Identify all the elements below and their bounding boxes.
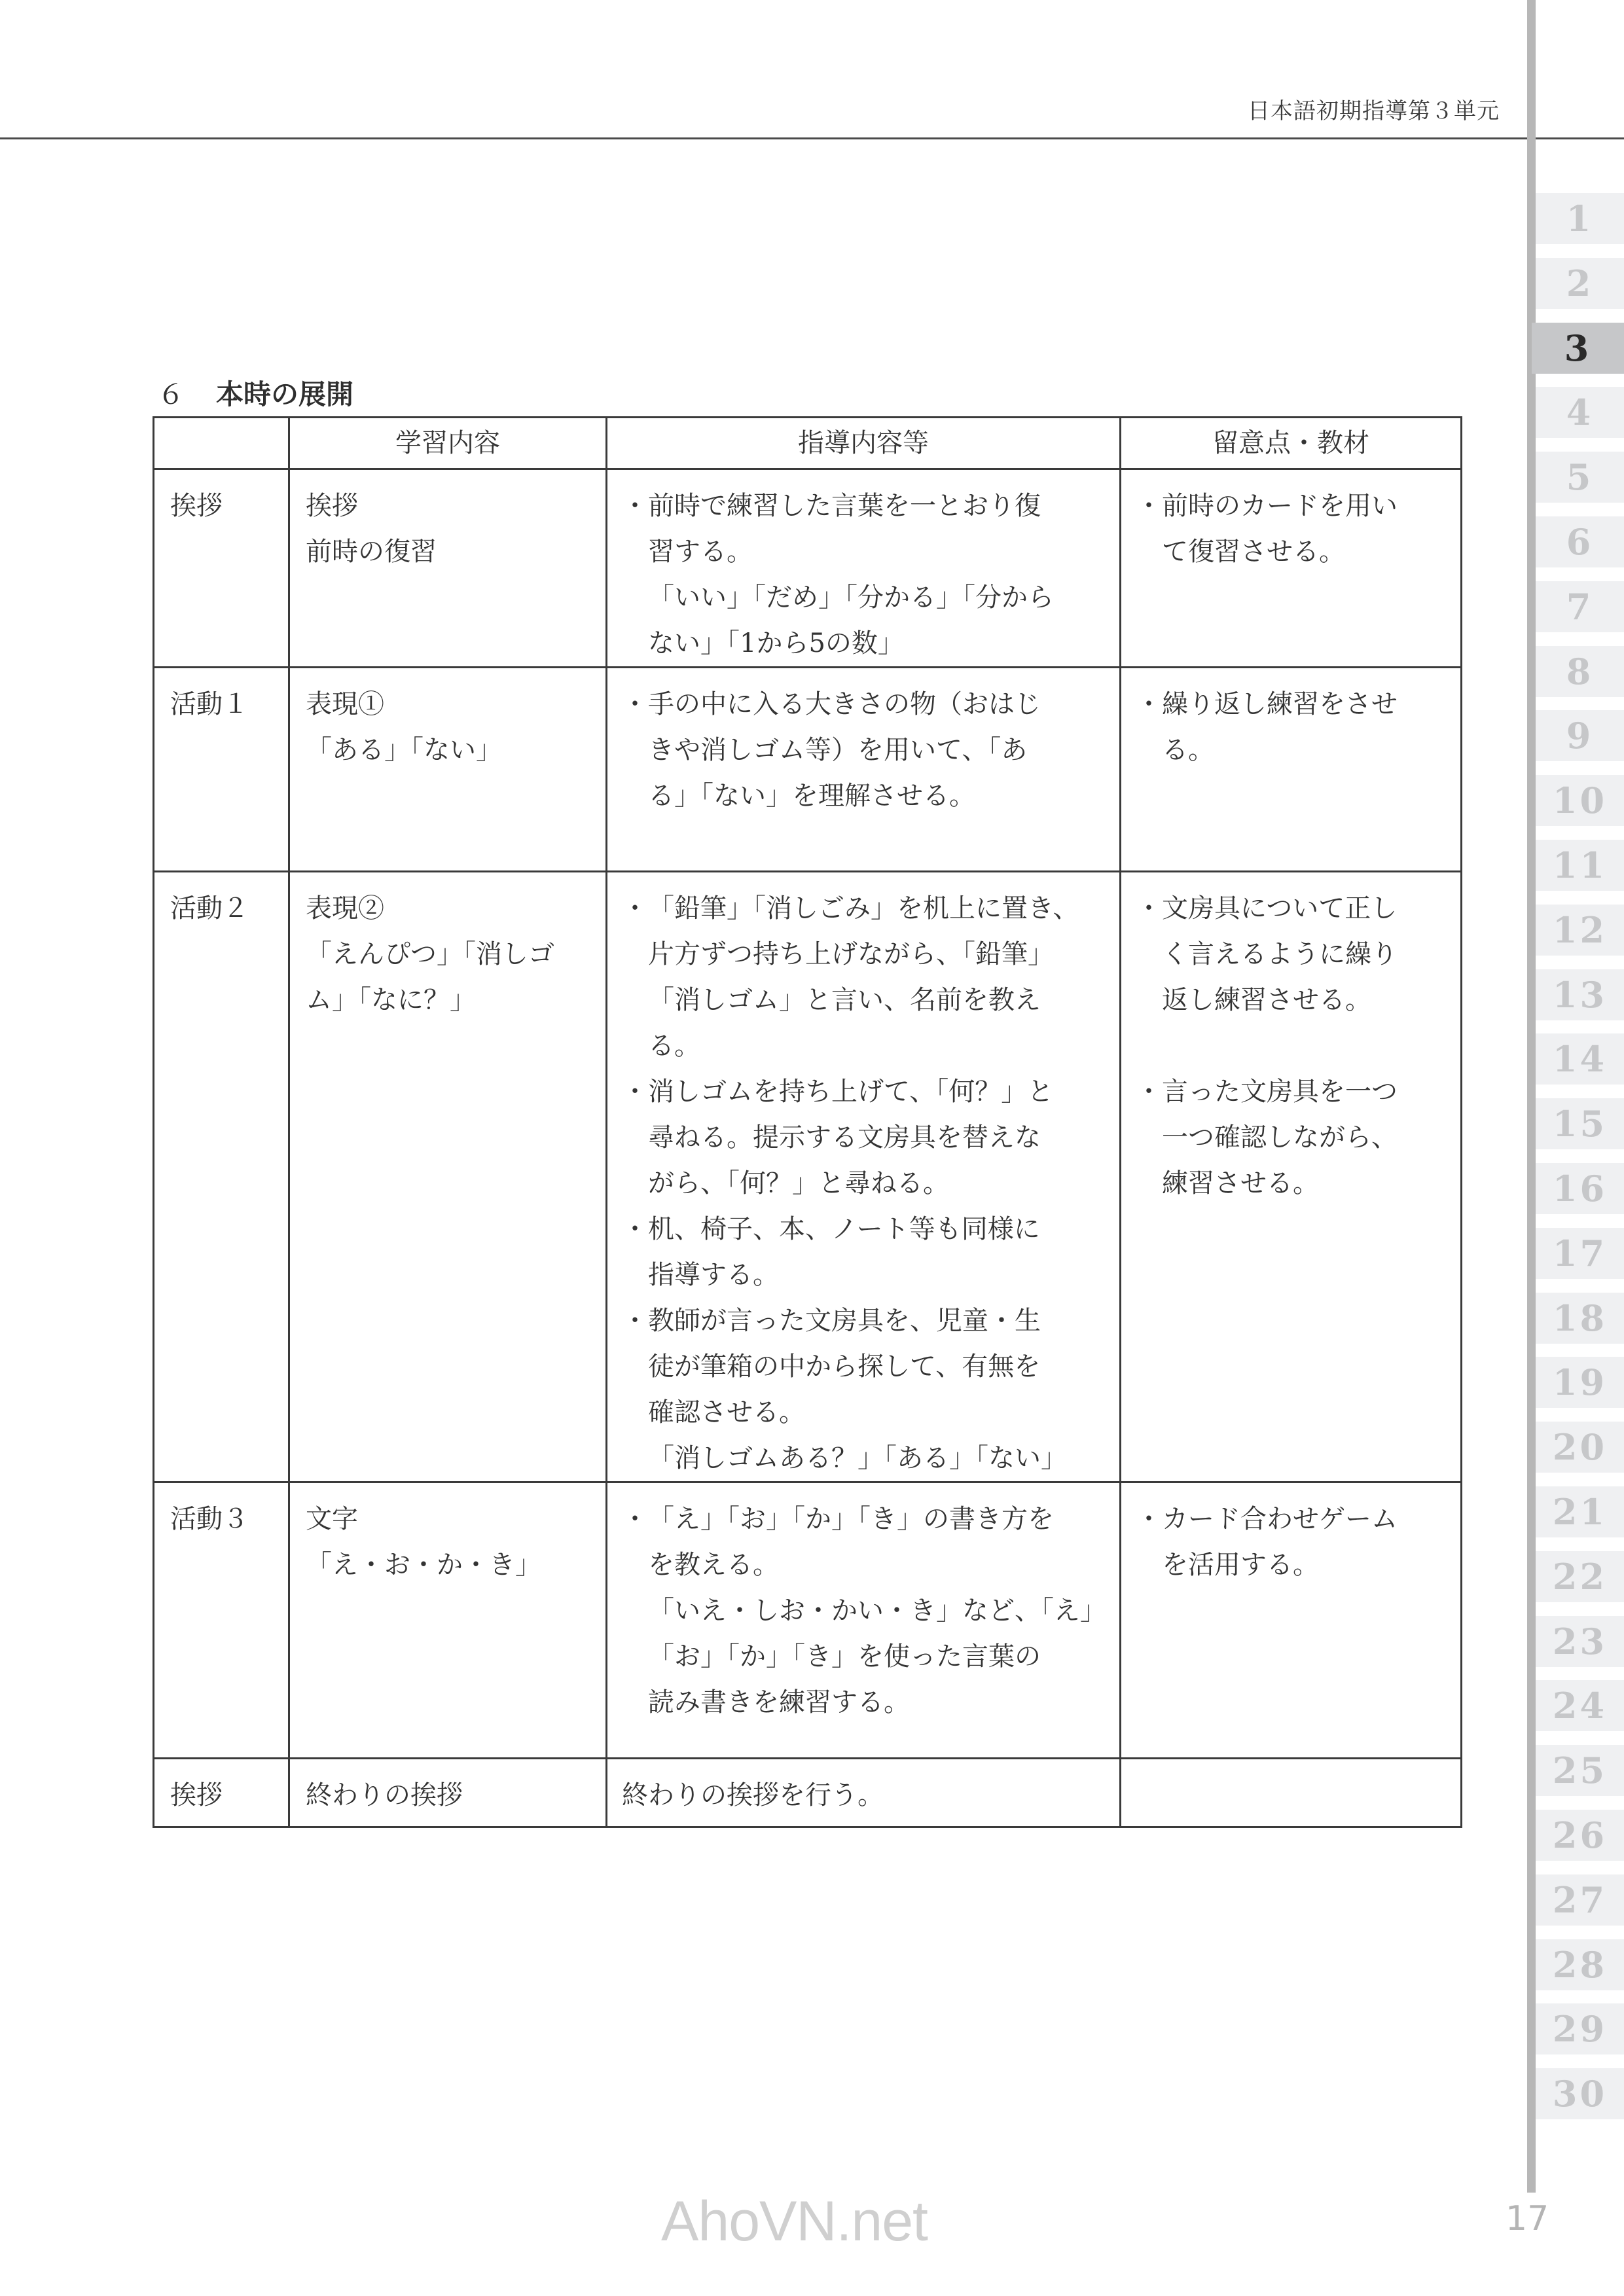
guidance-text: きや消しゴム等）を用いて、「あ bbox=[622, 727, 1108, 773]
notes-cell: ・文房具について正しく言えるように繰り返し練習させる。・言った文房具を一つ一つ確… bbox=[1121, 872, 1462, 1482]
thumb-tab-23: 23 bbox=[1536, 1616, 1624, 1667]
guidance-cell: ・手の中に入る大きさの物（おはじきや消しゴム等）を用いて、「ある」「ない」を理解… bbox=[607, 668, 1121, 872]
guidance-text: る」「ない」を理解させる。 bbox=[622, 773, 1108, 819]
guidance-text: 徒が筆箱の中から探して、有無を bbox=[622, 1344, 1108, 1390]
guidance-cell: 終わりの挨拶を行う。 bbox=[607, 1759, 1121, 1827]
bullet-icon: ・ bbox=[622, 1069, 648, 1115]
thumb-tab-27: 27 bbox=[1536, 1874, 1624, 1926]
column-header-learning-content: 学習内容 bbox=[289, 418, 607, 469]
thumb-tab-18: 18 bbox=[1536, 1293, 1624, 1344]
notes-text: カード合わせゲーム bbox=[1162, 1504, 1398, 1534]
guidance-text: 片方ずつ持ち上げながら、「鉛筆」 bbox=[622, 931, 1108, 977]
guidance-text: 机、椅子、本、ノート等も同様に bbox=[648, 1214, 1040, 1244]
guidance-text: 「いい」「だめ」「分かる」「分から bbox=[622, 575, 1108, 620]
guidance-text: がら、「何？」と尋ねる。 bbox=[622, 1160, 1108, 1206]
thumb-tab-5: 5 bbox=[1536, 452, 1624, 503]
guidance-text: 習する。 bbox=[622, 529, 1108, 575]
guidance-text: る。 bbox=[622, 1023, 1108, 1069]
notes-bullet-line: ・繰り返し練習をさせ bbox=[1136, 681, 1449, 727]
guidance-text: 前時で練習した言葉を一とおり復 bbox=[648, 491, 1041, 521]
notes-text: 一つ確認しながら、 bbox=[1136, 1115, 1449, 1160]
guidance-cell: ・「え」「お」「か」「き」の書き方をを教える。「いえ・しお・かい・き」など、「え… bbox=[607, 1482, 1121, 1759]
guidance-text: 「消しゴムある？」「ある」「ない」 bbox=[622, 1435, 1108, 1481]
guidance-bullet-line: ・前時で練習した言葉を一とおり復 bbox=[622, 483, 1108, 529]
guidance-bullet-line: ・「え」「お」「か」「き」の書き方を bbox=[622, 1496, 1108, 1542]
header-rule bbox=[0, 137, 1624, 139]
guidance-text: 「お」「か」「き」を使った言葉の bbox=[622, 1634, 1108, 1679]
guidance-cell: ・「鉛筆」「消しごみ」を机上に置き、片方ずつ持ち上げながら、「鉛筆」「消しゴム」… bbox=[607, 872, 1121, 1482]
notes-bullet-line: ・言った文房具を一つ bbox=[1136, 1069, 1449, 1115]
table-row: 活動１表現①「ある」「ない」・手の中に入る大きさの物（おはじきや消しゴム等）を用… bbox=[154, 668, 1462, 872]
table-header-row: 学習内容 指導内容等 留意点・教材 bbox=[154, 418, 1462, 469]
lesson-plan-table: 学習内容 指導内容等 留意点・教材 挨拶挨拶前時の復習・前時で練習した言葉を一と… bbox=[153, 416, 1462, 1828]
learning-content-line: 「えんぴつ」「消しゴ bbox=[306, 931, 605, 977]
bullet-icon: ・ bbox=[1136, 886, 1162, 931]
bullet-icon: ・ bbox=[1136, 681, 1162, 727]
notes-text: を活用する。 bbox=[1136, 1542, 1449, 1588]
guidance-text: 「鉛筆」「消しごみ」を机上に置き、 bbox=[648, 893, 1079, 924]
notes-cell: ・カード合わせゲームを活用する。 bbox=[1121, 1482, 1462, 1759]
learning-content-cell: 文字「え・お・か・き」 bbox=[289, 1482, 607, 1759]
section-title: 本時の展開 bbox=[216, 378, 353, 410]
watermark: AhoVN.net bbox=[661, 2189, 928, 2254]
thumb-tab-15: 15 bbox=[1536, 1098, 1624, 1149]
stage-label: 挨拶 bbox=[170, 483, 288, 529]
thumb-tab-6: 6 bbox=[1536, 516, 1624, 567]
thumb-tab-4: 4 bbox=[1536, 387, 1624, 438]
learning-content-line: 挨拶 bbox=[306, 483, 605, 529]
guidance-text: 「消しゴム」と言い、名前を教え bbox=[622, 977, 1108, 1023]
table-row: 挨拶終わりの挨拶終わりの挨拶を行う。 bbox=[154, 1759, 1462, 1827]
bullet-icon: ・ bbox=[622, 1206, 648, 1252]
thumb-tab-20: 20 bbox=[1536, 1422, 1624, 1473]
thumb-tab-22: 22 bbox=[1536, 1551, 1624, 1602]
learning-content-cell: 表現②「えんぴつ」「消しゴム」「なに？」 bbox=[289, 872, 607, 1482]
bullet-icon: ・ bbox=[1136, 1069, 1162, 1115]
thumb-tab-14: 14 bbox=[1536, 1033, 1624, 1085]
running-header-title: 日本語初期指導第３単元 bbox=[1248, 93, 1500, 125]
learning-content-line: 表現② bbox=[306, 886, 605, 931]
stage-cell: 挨拶 bbox=[154, 469, 289, 668]
thumb-tab-3: 3 bbox=[1532, 323, 1624, 374]
thumb-tab-12: 12 bbox=[1536, 905, 1624, 956]
section-heading: ６本時の展開 bbox=[157, 373, 353, 412]
notes-text: 文房具について正し bbox=[1162, 893, 1397, 924]
notes-cell bbox=[1121, 1759, 1462, 1827]
notes-bullet-line: ・前時のカードを用い bbox=[1136, 483, 1449, 529]
notes-cell: ・前時のカードを用いて復習させる。 bbox=[1121, 469, 1462, 668]
guidance-text: 指導する。 bbox=[622, 1252, 1108, 1298]
bullet-icon: ・ bbox=[622, 1298, 648, 1344]
guidance-cell: ・前時で練習した言葉を一とおり復習する。「いい」「だめ」「分かる」「分からない」… bbox=[607, 469, 1121, 668]
guidance-text: ない」「1から5の数」 bbox=[622, 620, 1108, 666]
bullet-icon: ・ bbox=[622, 681, 648, 727]
bullet-icon: ・ bbox=[622, 886, 648, 931]
table-row: 活動２表現②「えんぴつ」「消しゴム」「なに？」・「鉛筆」「消しごみ」を机上に置き… bbox=[154, 872, 1462, 1482]
thumb-tab-19: 19 bbox=[1536, 1357, 1624, 1408]
guidance-bullet-line: ・机、椅子、本、ノート等も同様に bbox=[622, 1206, 1108, 1252]
notes-cell: ・繰り返し練習をさせる。 bbox=[1121, 668, 1462, 872]
notes-text: 前時のカードを用い bbox=[1162, 491, 1398, 521]
stage-label: 挨拶 bbox=[170, 1772, 288, 1818]
guidance-text: 「え」「お」「か」「き」の書き方を bbox=[648, 1504, 1054, 1534]
thumb-tab-8: 8 bbox=[1536, 646, 1624, 697]
thumb-tab-7: 7 bbox=[1536, 581, 1624, 632]
guidance-text: 手の中に入る大きさの物（おはじ bbox=[648, 689, 1041, 719]
guidance-bullet-line: ・教師が言った文房具を、児童・生 bbox=[622, 1298, 1108, 1344]
thumb-tab-25: 25 bbox=[1536, 1745, 1624, 1796]
thumb-tab-16: 16 bbox=[1536, 1163, 1624, 1214]
column-header-stage bbox=[154, 418, 289, 469]
table-row: 活動３文字「え・お・か・き」・「え」「お」「か」「き」の書き方をを教える。「いえ… bbox=[154, 1482, 1462, 1759]
bullet-icon: ・ bbox=[1136, 483, 1162, 529]
learning-content-line: 終わりの挨拶 bbox=[306, 1772, 605, 1818]
thumb-tab-11: 11 bbox=[1536, 840, 1624, 891]
spacer bbox=[1136, 1023, 1449, 1069]
stage-cell: 挨拶 bbox=[154, 1759, 289, 1827]
guidance-bullet-line: ・消しゴムを持ち上げて、「何？」と bbox=[622, 1069, 1108, 1115]
notes-text: る。 bbox=[1136, 727, 1449, 773]
learning-content-cell: 挨拶前時の復習 bbox=[289, 469, 607, 668]
notes-text: て復習させる。 bbox=[1136, 529, 1449, 575]
stage-cell: 活動２ bbox=[154, 872, 289, 1482]
bullet-icon: ・ bbox=[622, 483, 648, 529]
column-header-guidance: 指導内容等 bbox=[607, 418, 1121, 469]
bullet-icon: ・ bbox=[1136, 1496, 1162, 1542]
stage-label: 活動３ bbox=[170, 1496, 288, 1542]
thumb-tab-9: 9 bbox=[1536, 710, 1624, 761]
learning-content-line: 前時の復習 bbox=[306, 529, 605, 575]
thumb-tab-26: 26 bbox=[1536, 1810, 1624, 1861]
thumb-tab-28: 28 bbox=[1536, 1939, 1624, 1990]
guidance-text: 消しゴムを持ち上げて、「何？」と bbox=[648, 1077, 1053, 1107]
thumb-tab-21: 21 bbox=[1536, 1486, 1624, 1537]
notes-text: 言った文房具を一つ bbox=[1162, 1077, 1398, 1107]
guidance-text: 確認させる。 bbox=[622, 1390, 1108, 1435]
page-number: 17 bbox=[1506, 2199, 1549, 2238]
guidance-text: 「いえ・しお・かい・き」など、「え」 bbox=[622, 1588, 1108, 1634]
notes-bullet-line: ・カード合わせゲーム bbox=[1136, 1496, 1449, 1542]
bullet-icon: ・ bbox=[622, 1496, 648, 1542]
guidance-text: 読み書きを練習する。 bbox=[622, 1679, 1108, 1725]
thumb-tab-29: 29 bbox=[1536, 2003, 1624, 2054]
notes-bullet-line: ・文房具について正し bbox=[1136, 886, 1449, 931]
stage-label: 活動１ bbox=[170, 681, 288, 727]
notes-text: く言えるように繰り bbox=[1136, 931, 1449, 977]
notes-text: 返し練習させる。 bbox=[1136, 977, 1449, 1023]
guidance-text: 教師が言った文房具を、児童・生 bbox=[648, 1306, 1041, 1336]
stage-cell: 活動３ bbox=[154, 1482, 289, 1759]
guidance-bullet-line: ・手の中に入る大きさの物（おはじ bbox=[622, 681, 1108, 727]
guidance-text: 終わりの挨拶を行う。 bbox=[622, 1772, 1108, 1818]
learning-content-cell: 終わりの挨拶 bbox=[289, 1759, 607, 1827]
thumb-tab-24: 24 bbox=[1536, 1680, 1624, 1731]
thumb-tab-2: 2 bbox=[1536, 258, 1624, 309]
thumb-tab-13: 13 bbox=[1536, 969, 1624, 1020]
learning-content-line: ム」「なに？」 bbox=[306, 977, 605, 1023]
learning-content-line: 「ある」「ない」 bbox=[306, 727, 605, 773]
guidance-text: 尋ねる。提示する文房具を替えな bbox=[622, 1115, 1108, 1160]
learning-content-cell: 表現①「ある」「ない」 bbox=[289, 668, 607, 872]
guidance-text: を教える。 bbox=[622, 1542, 1108, 1588]
guidance-bullet-line: ・「鉛筆」「消しごみ」を机上に置き、 bbox=[622, 886, 1108, 931]
table-row: 挨拶挨拶前時の復習・前時で練習した言葉を一とおり復習する。「いい」「だめ」「分か… bbox=[154, 469, 1462, 668]
learning-content-line: 「え・お・か・き」 bbox=[306, 1542, 605, 1588]
column-header-notes-materials: 留意点・教材 bbox=[1121, 418, 1462, 469]
thumb-tab-17: 17 bbox=[1536, 1228, 1624, 1279]
learning-content-line: 文字 bbox=[306, 1496, 605, 1542]
section-number: ６ bbox=[157, 378, 185, 410]
stage-label: 活動２ bbox=[170, 886, 288, 931]
thumb-tab-30: 30 bbox=[1536, 2068, 1624, 2119]
stage-cell: 活動１ bbox=[154, 668, 289, 872]
notes-text: 練習させる。 bbox=[1136, 1160, 1449, 1206]
thumb-tab-1: 1 bbox=[1536, 193, 1624, 244]
notes-text: 繰り返し練習をさせ bbox=[1162, 689, 1398, 719]
learning-content-line: 表現① bbox=[306, 681, 605, 727]
thumb-tab-10: 10 bbox=[1536, 775, 1624, 826]
